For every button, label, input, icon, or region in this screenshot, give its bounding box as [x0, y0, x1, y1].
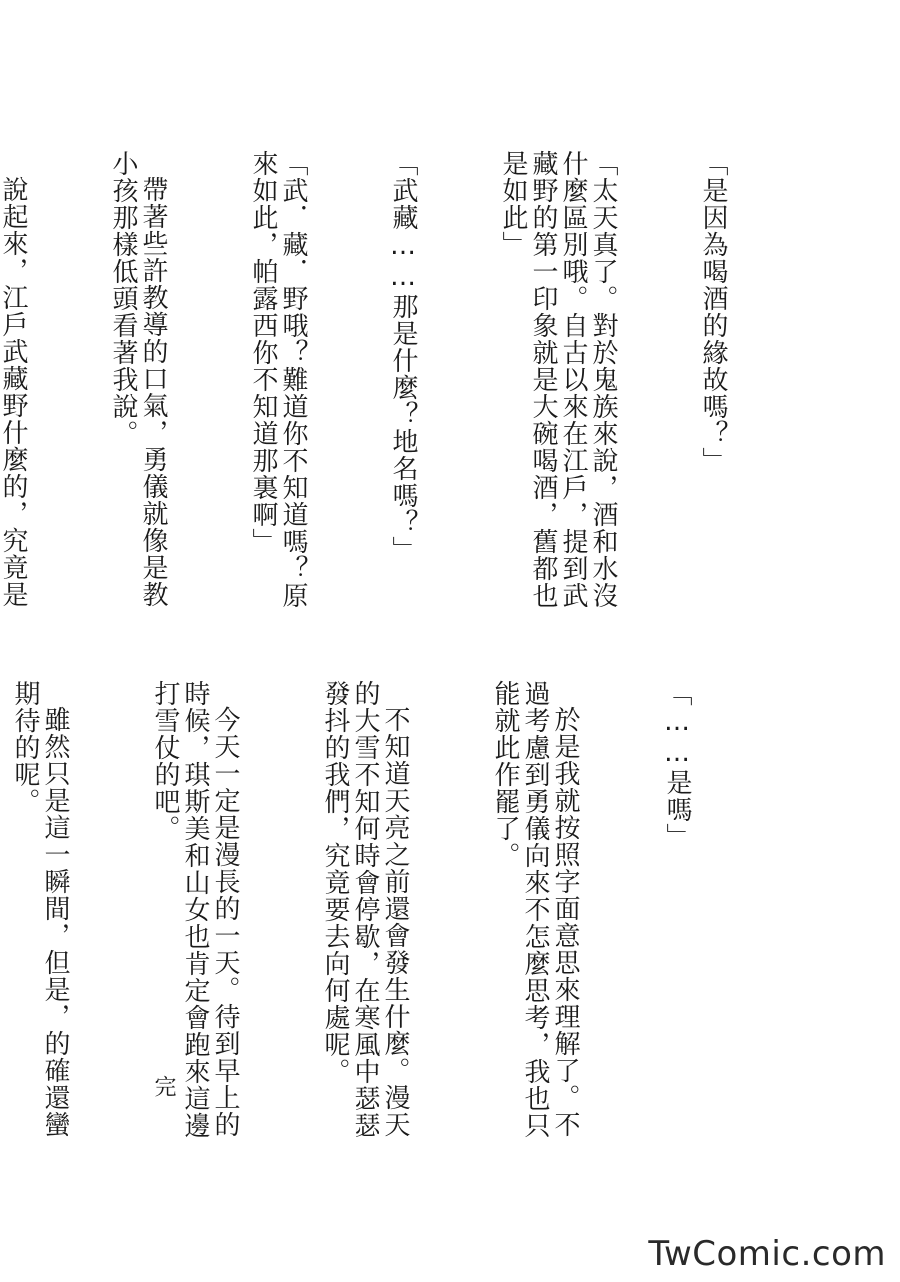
paragraph: 「是因為喝酒的緣故嗎？」	[698, 150, 728, 620]
lower-text-block: 「……是嗎」 於是我就按照字面意思來理解了。不過考慮到勇儀向來不怎麼思考，我也只…	[0, 680, 752, 1150]
paragraph: 「太天真了。對於鬼族來說，酒和水沒什麼區別哦。自古以來在江戶，提到武藏野的第一印…	[498, 150, 618, 620]
upper-text-block: 「是因為喝酒的緣故嗎？」 「太天真了。對於鬼族來說，酒和水沒什麼區別哦。自古以來…	[0, 150, 788, 620]
paragraph: 「武．藏．野哦？難道你不知道嗎？原來如此，帕露西你不知道那裏啊」	[248, 150, 308, 620]
site-watermark: TwComic.com	[648, 1234, 886, 1274]
paragraph: 「武藏……那是什麼？地名嗎？」	[388, 150, 418, 620]
end-mark: 完	[148, 1075, 179, 1097]
novel-page: 「是因為喝酒的緣故嗎？」 「太天真了。對於鬼族來說，酒和水沒什麼區別哦。自古以來…	[0, 0, 900, 1282]
paragraph: 帶著些許教導的口氣，勇儀就像是教小孩那樣低頭看著我說。	[108, 150, 168, 620]
paragraph: 雖然只是這一瞬間，但是，的確還蠻期待的呢。	[10, 680, 70, 1150]
paragraph: 說起來，江戶武藏野什麼的，究竟是哪里的地名啊。正在我為此而不解時，勇儀卻不回答我…	[0, 150, 28, 620]
paragraph: 不知道天亮之前還會發生什麼。漫天的大雪不知何時會停歇，在寒風中瑟瑟發抖的我們，究…	[320, 680, 410, 1150]
paragraph: 「……是嗎」	[662, 680, 692, 1150]
paragraph: 於是我就按照字面意思來理解了。不過考慮到勇儀向來不怎麼思考，我也只能就此作罷了。	[490, 680, 580, 1150]
